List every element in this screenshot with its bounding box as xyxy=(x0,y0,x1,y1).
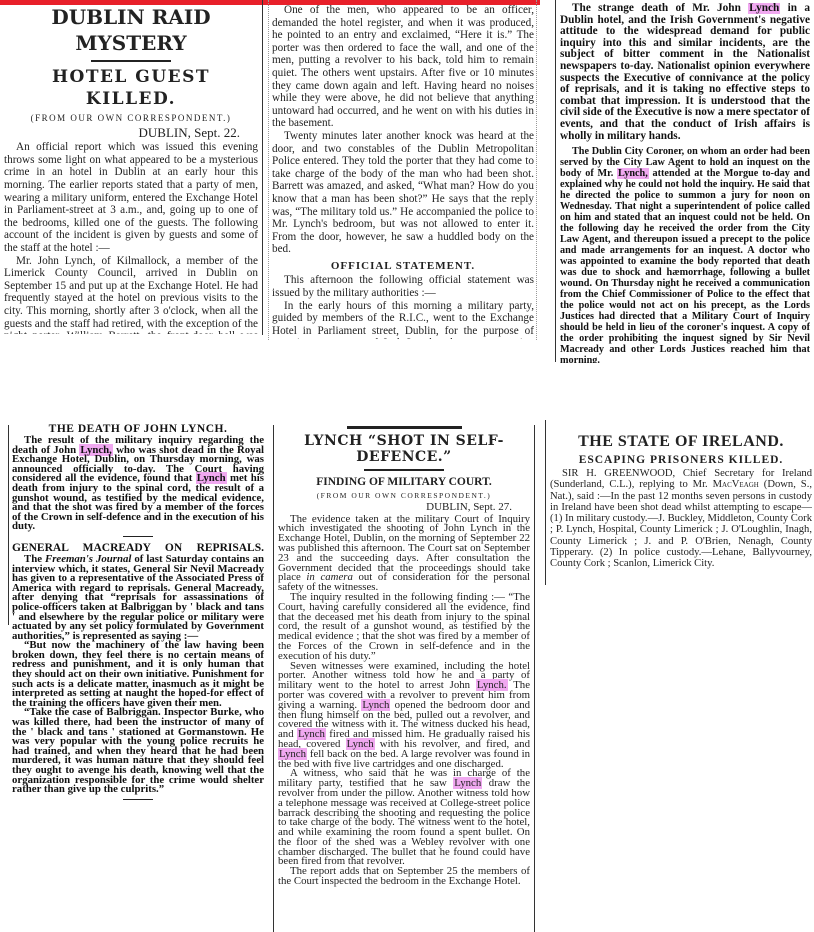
dateline: DUBLIN, Sept. 27. xyxy=(278,503,530,513)
divider xyxy=(364,469,444,471)
clipping-death-of-john-lynch: THE DEATH OF JOHN LYNCH. The result of t… xyxy=(12,422,264,842)
byline: (FROM OUR OWN CORRESPONDENT.) xyxy=(4,112,258,125)
clipping-border xyxy=(8,425,9,625)
paragraph: The result of the military inquiry regar… xyxy=(12,436,264,532)
clipping-state-of-ireland: THE STATE OF IRELAND. ESCAPING PRISONERS… xyxy=(550,432,812,592)
clipping-border xyxy=(555,0,556,362)
headline: LYNCH “SHOT IN SELF-DEFENCE.” xyxy=(278,433,530,465)
column-rule xyxy=(268,0,270,340)
clipping-dublin-raid-mystery: DUBLIN RAID MYSTERY HOTEL GUEST KILLED. … xyxy=(4,4,258,334)
clipping-nationalist-comment: The strange death of Mr. John Lynch in a… xyxy=(560,3,810,363)
byline: (FROM OUR OWN CORRESPONDENT.) xyxy=(278,491,530,501)
clipping-border xyxy=(534,425,535,932)
clipping-shot-in-self-defence: LYNCH “SHOT IN SELF-DEFENCE.” FINDING OF… xyxy=(278,422,530,932)
dateline: DUBLIN, Sept. 22. xyxy=(4,127,258,140)
highlight-lynch: Lynch xyxy=(748,3,780,14)
paragraph: This afternoon the following official st… xyxy=(272,274,534,299)
paragraph: Mr. John Lynch, of Kilmallock, a member … xyxy=(4,255,258,334)
headline: THE STATE OF IRELAND. xyxy=(550,432,812,452)
divider xyxy=(123,799,153,800)
subheadline: FINDING OF MILITARY COURT. xyxy=(278,475,530,489)
headline: DUBLIN RAID MYSTERY xyxy=(4,4,258,56)
paragraph: “But now the machinery of the law having… xyxy=(12,641,264,708)
divider xyxy=(91,60,171,62)
clipping-border xyxy=(545,420,546,585)
paragraph: “Take the case of Balbriggan. Inspector … xyxy=(12,708,264,794)
column-rule xyxy=(536,0,538,340)
paragraph: In the early hours of this morning a mil… xyxy=(272,300,534,339)
paragraph: Twenty minutes later another knock was h… xyxy=(272,130,534,256)
paragraph: The evidence taken at the military Court… xyxy=(278,515,530,593)
column-rule xyxy=(262,0,263,335)
paragraph: One of the men, who appeared to be an of… xyxy=(272,4,534,130)
paragraph: SIR H. GREENWOOD, Chief Secretary for Ir… xyxy=(550,468,812,570)
highlight-lynch: Lynch, xyxy=(617,168,649,179)
paragraph: The inquiry resulted in the following fi… xyxy=(278,593,530,662)
paragraph: The Freeman's Journal of last Saturday c… xyxy=(12,555,264,641)
paragraph: The report adds that on September 25 the… xyxy=(278,867,530,887)
clipping-border xyxy=(273,425,274,932)
clipping-raid-continued: One of the men, who appeared to be an of… xyxy=(272,4,534,339)
paragraph: An official report which was issued this… xyxy=(4,141,258,254)
divider xyxy=(347,426,462,429)
subheadline: HOTEL GUEST KILLED. xyxy=(4,66,258,110)
paragraph: Seven witnesses were examined, including… xyxy=(278,662,530,770)
paragraph: The strange death of Mr. John Lynch in a… xyxy=(560,3,810,142)
divider xyxy=(123,536,153,537)
subheadline: ESCAPING PRISONERS KILLED. xyxy=(550,452,812,468)
subheading-official-statement: OFFICIAL STATEMENT. xyxy=(272,260,534,273)
paragraph: A witness, who said that he was in charg… xyxy=(278,769,530,867)
paragraph: The Dublin City Coroner, on whom an orde… xyxy=(560,146,810,363)
